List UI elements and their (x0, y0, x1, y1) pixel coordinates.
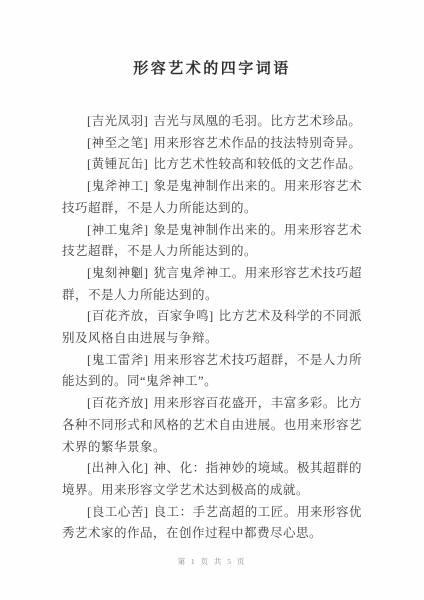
entry-term: [神至之笔] (87, 136, 148, 150)
glossary-entry: [鬼刻神劖]犹言鬼斧神工。用来形容艺术技巧超群，不是人力所能达到的。 (62, 263, 362, 306)
entry-term: [鬼斧神工] (87, 179, 148, 193)
entry-term: [良工心苦] (87, 505, 148, 519)
entry-term: [黄锺瓦缶] (87, 157, 148, 171)
entry-term: [百花齐放] (87, 396, 148, 410)
glossary-entry: [百花齐放]用来形容百花盛开，丰富多彩。比方各种不同形式和风格的艺术自由进展。也… (62, 393, 362, 458)
glossary-list: [吉光凤羽]吉光与凤凰的毛羽。比方艺术珍品。 [神至之笔]用来形容艺术作品的技法… (62, 111, 362, 545)
entry-term: [百花齐放，百家争鸣] (87, 309, 214, 323)
entry-definition: 吉光与凤凰的毛羽。比方艺术珍品。 (153, 114, 361, 128)
glossary-entry: [良工心苦]良工：手艺高超的工匠。用来形容优秀艺术家的作品，在创作过程中都费尽心… (62, 502, 362, 545)
glossary-entry: [黄锺瓦缶]比方艺术性较高和较低的文艺作品。 (62, 154, 362, 176)
glossary-entry: [鬼斧神工]象是鬼神制作出来的。用来形容艺术技巧超群，不是人力所能达到的。 (62, 176, 362, 219)
entry-definition: 用来形容艺术作品的技法特别奇异。 (153, 136, 361, 150)
entry-term: [出神入化] (87, 461, 148, 475)
page-title: 形容艺术的四字词语 (0, 0, 424, 78)
glossary-entry: [神至之笔]用来形容艺术作品的技法特别奇异。 (62, 133, 362, 155)
glossary-entry: [百花齐放，百家争鸣]比方艺术及科学的不同派别及风格自由进展与争辩。 (62, 306, 362, 349)
document-page: 形容艺术的四字词语 [吉光凤羽]吉光与凤凰的毛羽。比方艺术珍品。 [神至之笔]用… (0, 0, 424, 600)
glossary-entry: [吉光凤羽]吉光与凤凰的毛羽。比方艺术珍品。 (62, 111, 362, 133)
glossary-entry: [出神入化]神、化：指神妙的境域。极其超群的境界。用来形容文学艺术达到极高的成就… (62, 458, 362, 501)
entry-term: [神工鬼斧] (87, 223, 148, 237)
entry-definition: 比方艺术性较高和较低的文艺作品。 (153, 157, 361, 171)
entry-term: [吉光凤羽] (87, 114, 148, 128)
entry-term: [鬼刻神劖] (87, 266, 148, 280)
page-number: 第 1 页 共 5 页 (0, 556, 424, 567)
glossary-entry: [鬼工雷斧]用来形容艺术技巧超群，不是人力所能达到的。同“鬼斧神工”。 (62, 350, 362, 393)
entry-term: [鬼工雷斧] (87, 353, 148, 367)
glossary-entry: [神工鬼斧]象是鬼神制作出来的。用来形容艺术技艺超群，不是人力所能达到的。 (62, 220, 362, 263)
